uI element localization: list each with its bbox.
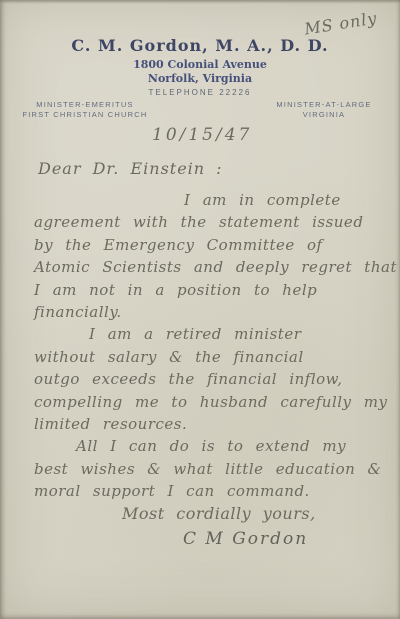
body-line: without salary & the financial bbox=[34, 348, 376, 370]
letterhead-right-title: MINISTER-AT-LARGE VIRGINIA bbox=[262, 100, 386, 120]
body-line: best wishes & what little education & bbox=[34, 460, 376, 482]
body-line: I am a retired minister bbox=[34, 325, 376, 347]
right-title-line1: MINISTER-AT-LARGE bbox=[262, 100, 386, 110]
body-line: I am not in a position to help bbox=[34, 281, 376, 303]
letterhead-address-line2: Norfolk, Virginia bbox=[0, 72, 400, 85]
body-line: financially. bbox=[34, 303, 376, 325]
body-line: limited resources. bbox=[34, 415, 376, 437]
left-title-line1: MINISTER-EMERITUS bbox=[12, 100, 158, 110]
letterhead-left-title: MINISTER-EMERITUS FIRST CHRISTIAN CHURCH bbox=[12, 100, 158, 120]
ms-only-annotation: MS only bbox=[303, 8, 379, 38]
right-title-line2: VIRGINIA bbox=[262, 110, 386, 120]
body-line: outgo exceeds the financial inflow, bbox=[34, 370, 376, 392]
letter-body: I am in complete agreement with the stat… bbox=[34, 191, 376, 504]
body-line: Atomic Scientists and deeply regret that bbox=[34, 258, 376, 280]
left-title-line2: FIRST CHRISTIAN CHURCH bbox=[12, 110, 158, 120]
salutation: Dear Dr. Einstein : bbox=[38, 159, 223, 178]
letterhead-name: C. M. Gordon, M. A., D. D. bbox=[0, 36, 400, 55]
body-line: moral support I can command. bbox=[34, 482, 376, 504]
closing: Most cordially yours, bbox=[122, 504, 316, 523]
letter-page: MS only C. M. Gordon, M. A., D. D. 1800 … bbox=[0, 0, 400, 619]
signature: C M Gordon bbox=[183, 529, 308, 549]
letterhead-telephone: TELEPHONE 22226 bbox=[0, 88, 400, 97]
body-line: All I can do is to extend my bbox=[34, 437, 376, 459]
letterhead-address-line1: 1800 Colonial Avenue bbox=[0, 58, 400, 71]
body-line: compelling me to husband carefully my bbox=[34, 393, 376, 415]
body-line: agreement with the statement issued bbox=[34, 213, 376, 235]
body-line: by the Emergency Committee of bbox=[34, 236, 376, 258]
letter-date: 10/15/47 bbox=[152, 125, 252, 145]
body-line: I am in complete bbox=[34, 191, 376, 213]
